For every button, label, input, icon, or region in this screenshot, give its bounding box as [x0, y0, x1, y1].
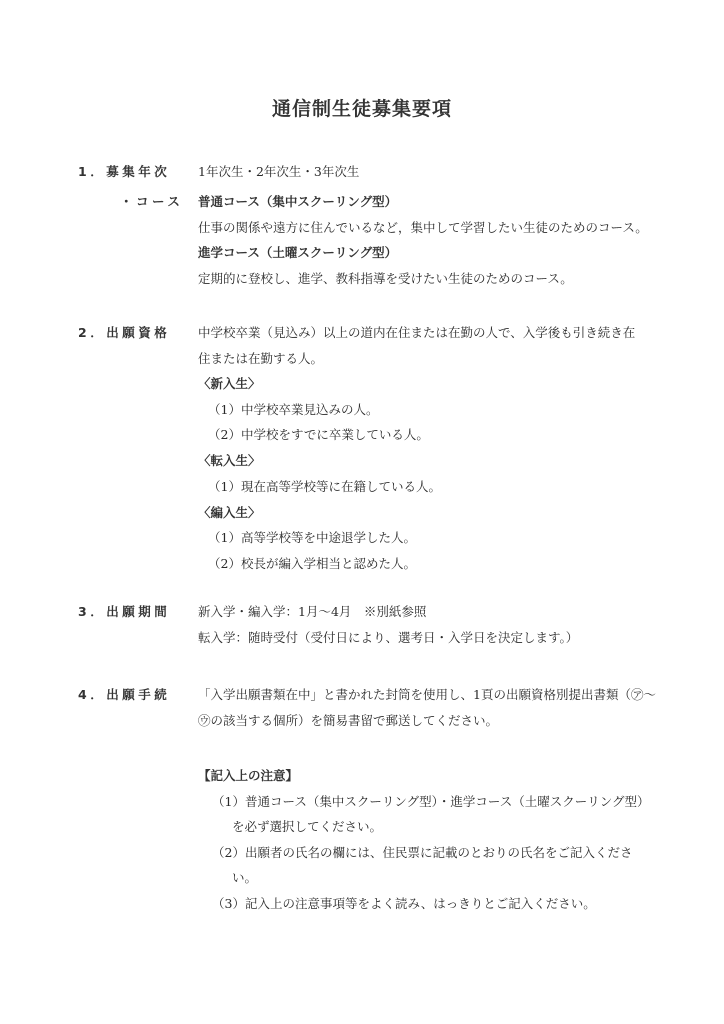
section-1-label: 1．募集年次 — [78, 162, 170, 180]
notes-item: い。 — [232, 868, 257, 886]
page-title: 通信制生徒募集要項 — [0, 94, 724, 121]
section-2-item: （1）中学校卒業見込みの人。 — [208, 400, 378, 418]
section-2-item: （2）中学校をすでに卒業している人。 — [208, 425, 429, 443]
section-2-item: （2）校長が編入学相当と認めた人。 — [208, 554, 416, 572]
notes-item: （3）記入上の注意事項等をよく読み、はっきりとご記入ください。 — [212, 894, 596, 912]
section-4-text: ㋒の該当する個所）を簡易書留で郵送してください。 — [198, 711, 498, 729]
section-2-label: 2．出願資格 — [78, 323, 170, 341]
section-3-text: 新入学・編入学：1月～4月 ※別紙参照 — [198, 602, 426, 620]
notes-item: を必ず選択してください。 — [232, 817, 382, 835]
section-2-subheading: 〈新入生〉 — [198, 374, 261, 392]
notes-item: （1）普通コース（集中スクーリング型）・進学コース（土曜スクーリング型） — [212, 792, 649, 810]
section-1-course-advanced-desc: 定期的に登校し、進学、教科指導を受けたい生徒のためのコース。 — [198, 269, 573, 287]
section-2-subheading: 〈編入生〉 — [198, 503, 261, 521]
notes-heading: 【記入上の注意】 — [198, 766, 298, 784]
notes-item: （2）出願者の氏名の欄には、住民票に記載のとおりの氏名をご記入くださ — [212, 843, 632, 861]
section-1-sublabel: ・コース — [120, 192, 183, 210]
section-2-item: （1）高等学校等を中途退学した人。 — [208, 528, 416, 546]
section-4-label: 4．出願手続 — [78, 685, 170, 703]
section-3-text: 転入学：随時受付（受付日により、選考日・入学日を決定します。） — [198, 628, 578, 646]
section-1-years: 1年次生・2年次生・3年次生 — [198, 162, 359, 180]
section-1-course-regular-desc: 仕事の関係や遠方に住んでいるなど，集中して学習したい生徒のためのコース。 — [198, 218, 648, 236]
section-1-course-regular: 普通コース（集中スクーリング型） — [198, 192, 397, 210]
section-1-course-advanced: 進学コース（土曜スクーリング型） — [198, 243, 397, 261]
section-2-subheading: 〈転入生〉 — [198, 451, 261, 469]
section-3-label: 3．出願期間 — [78, 602, 170, 620]
section-4-text: 「入学出願書類在中」と書かれた封筒を使用し、1頁の出願資格別提出書類（㋐～ — [198, 685, 656, 703]
section-2-text: 住または在勤する人。 — [198, 349, 323, 367]
section-2-text: 中学校卒業（見込み）以上の道内在住または在勤の人で、入学後も引き続き在 — [198, 323, 635, 341]
section-2-item: （1）現在高等学校等に在籍している人。 — [208, 477, 441, 495]
